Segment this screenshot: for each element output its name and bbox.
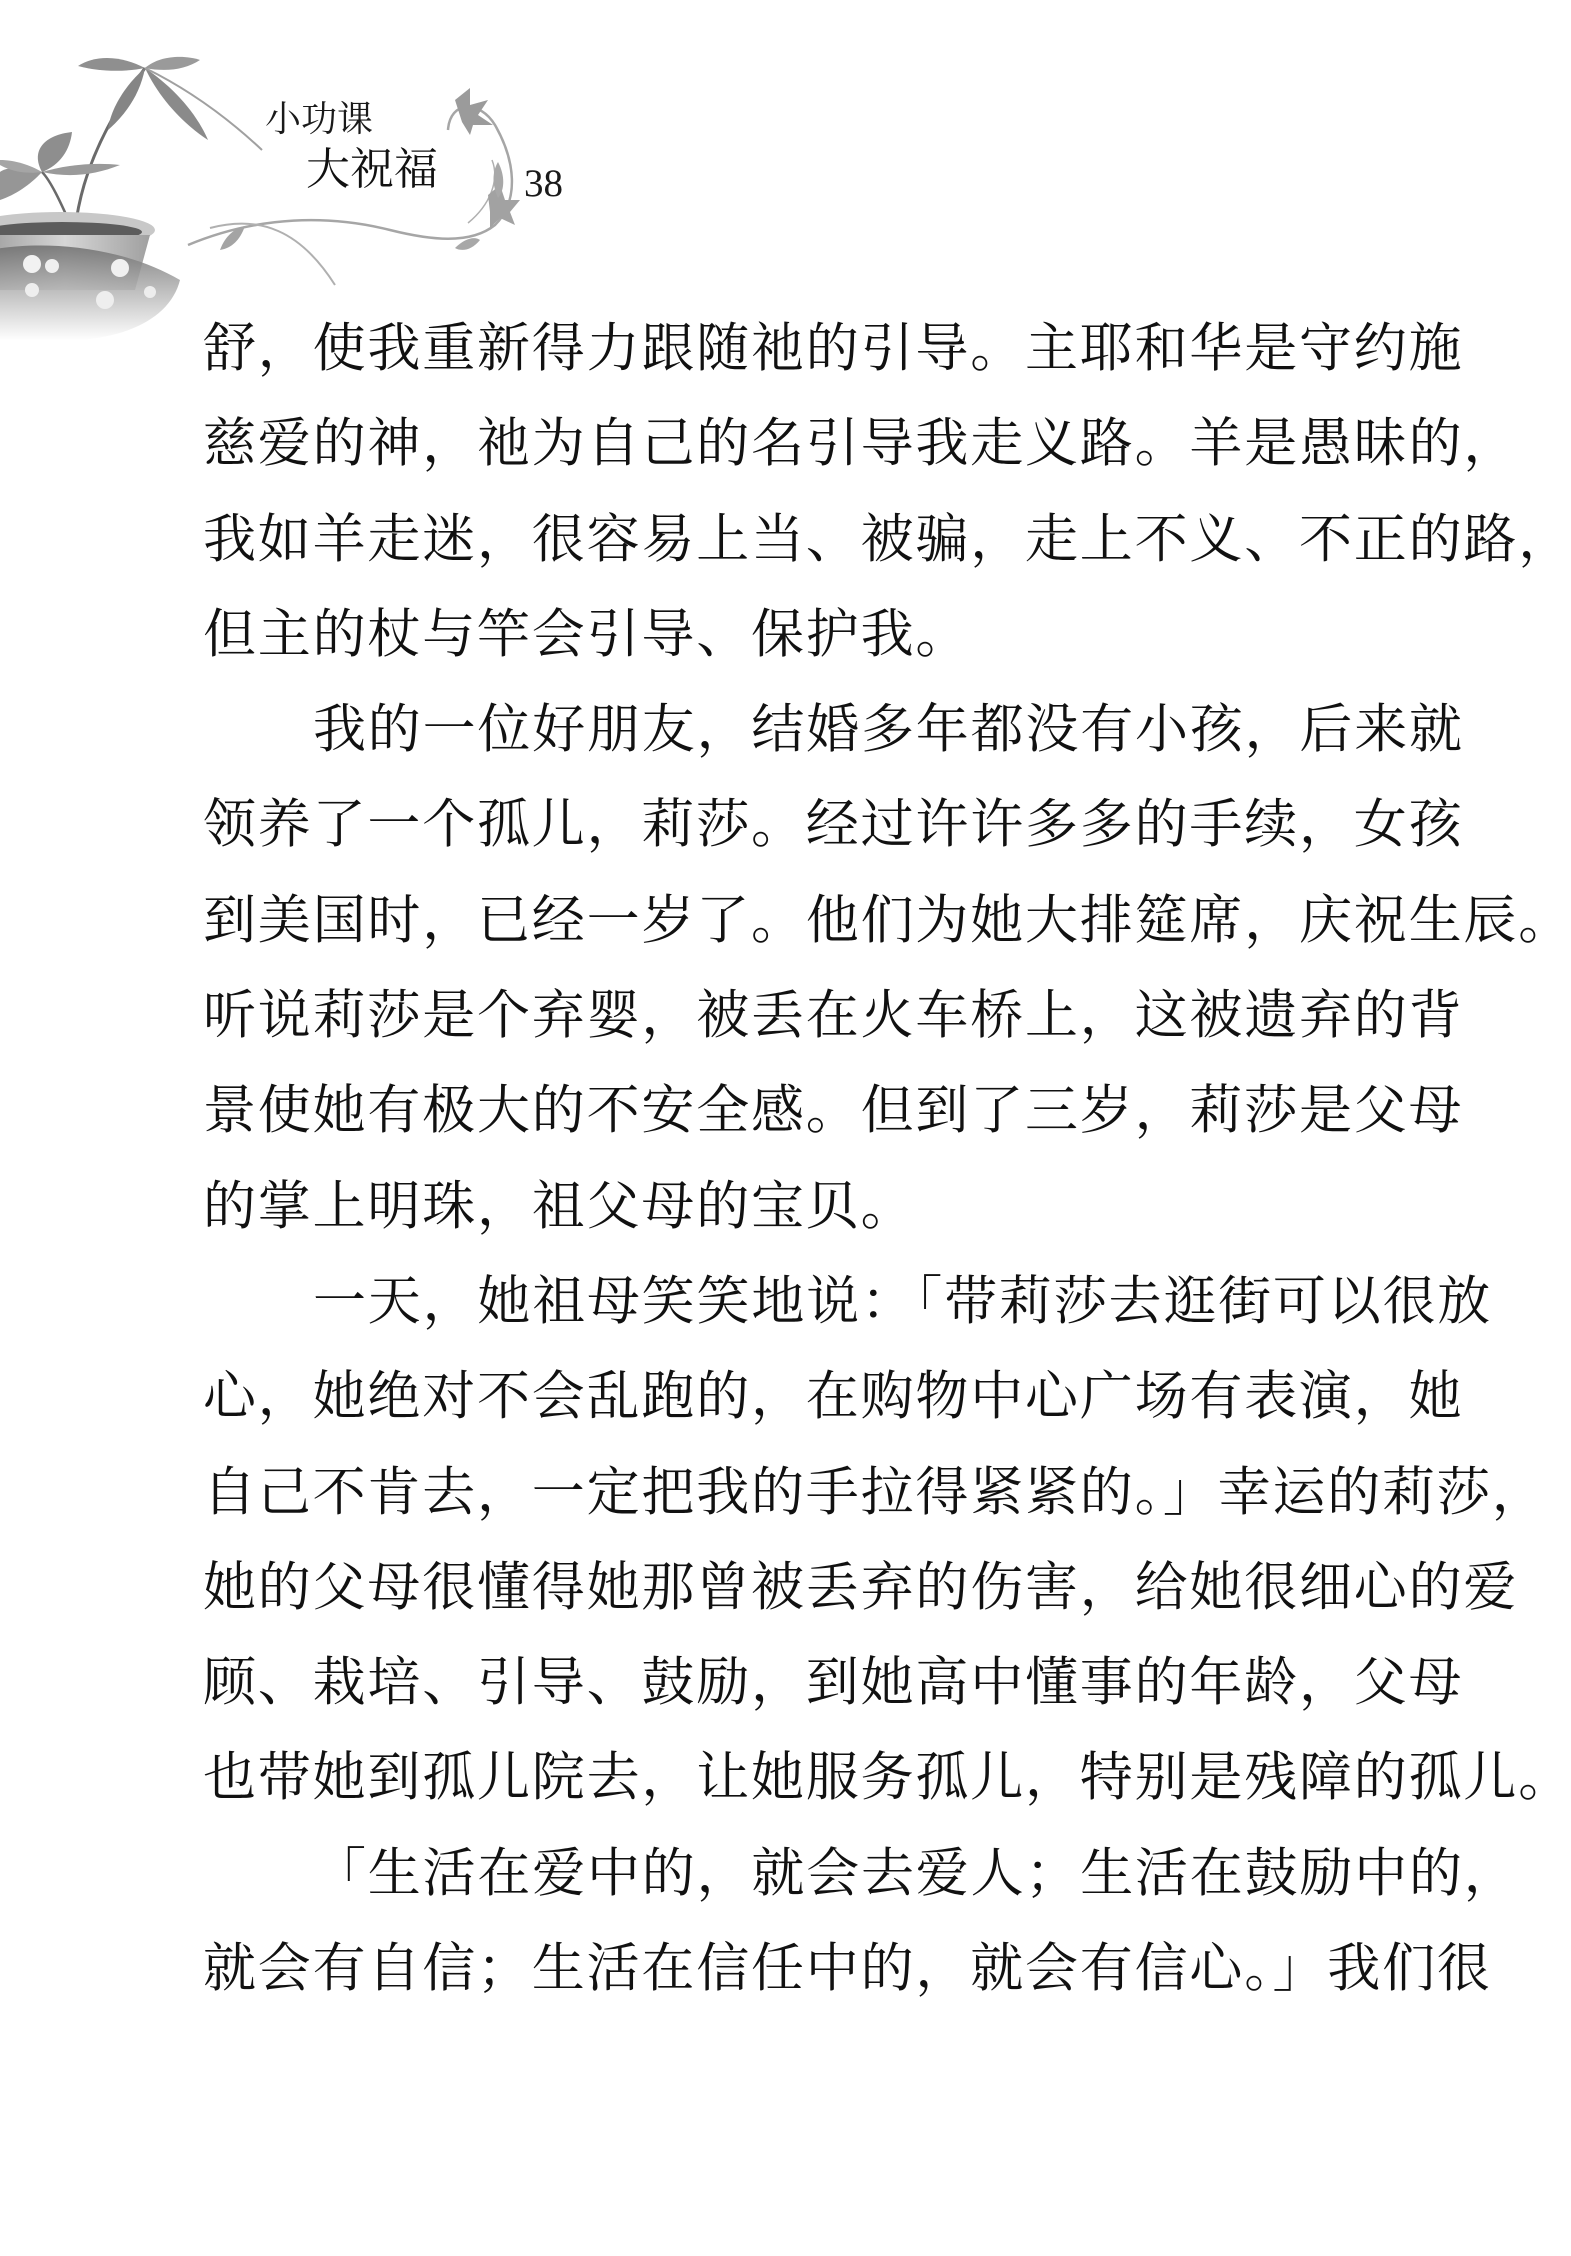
- text-line: 听说莉莎是个弃婴，被丢在火车桥上，这被遗弃的背: [203, 968, 1373, 1063]
- text-line: 她的父母很懂得她那曾被丢弃的伤害，给她很细心的爱: [203, 1540, 1373, 1635]
- body-text: 舒，使我重新得力跟随祂的引导。主耶和华是守约施 慈爱的神，祂为自己的名引导我走义…: [203, 301, 1373, 2016]
- text-line: 自己不肯去，一定把我的手拉得紧紧的。」幸运的莉莎，: [203, 1445, 1373, 1540]
- text-line: 但主的杖与竿会引导、保护我。: [203, 587, 1373, 682]
- text-line: 到美国时，已经一岁了。他们为她大排筵席，庆祝生辰。: [203, 873, 1373, 968]
- text-line: 顾、栽培、引导、鼓励，到她高中懂事的年龄，父母: [203, 1635, 1373, 1730]
- text-line: 景使她有极大的不安全感。但到了三岁，莉莎是父母: [203, 1063, 1373, 1158]
- page-number: 38: [524, 160, 563, 208]
- text-line: 也带她到孤儿院去，让她服务孤儿，特别是残障的孤儿。: [203, 1730, 1373, 1825]
- text-line: 我如羊走迷，很容易上当、被骗，走上不义、不正的路，: [203, 492, 1373, 587]
- paragraph-first-line: 我的一位好朋友，结婚多年都没有小孩，后来就: [203, 682, 1373, 777]
- paragraph-first-line: 一天，她祖母笑笑地说：「带莉莎去逛街可以很放: [203, 1254, 1373, 1349]
- text-line: 慈爱的神，祂为自己的名引导我走义路。羊是愚昧的，: [203, 396, 1373, 491]
- text-line: 舒，使我重新得力跟随祂的引导。主耶和华是守约施: [203, 301, 1373, 396]
- text-line: 领养了一个孤儿，莉莎。经过许许多多的手续，女孩: [203, 777, 1373, 872]
- text-line: 心，她绝对不会乱跑的，在购物中心广场有表演，她: [203, 1349, 1373, 1444]
- text-line: 的掌上明珠，祖父母的宝贝。: [203, 1159, 1373, 1254]
- book-page: 小功课 大祝福 38 舒，使我重新得力跟随祂的引导。主耶和华是守约施 慈爱的神，…: [0, 0, 1571, 2256]
- text-line: 就会有自信；生活在信任中的，就会有信心。」我们很: [203, 1921, 1373, 2016]
- series-title-line1: 小功课: [265, 96, 373, 144]
- paragraph-first-line: 「生活在爱中的，就会去爱人；生活在鼓励中的，: [203, 1826, 1373, 1921]
- series-title-line2: 大祝福: [306, 142, 438, 198]
